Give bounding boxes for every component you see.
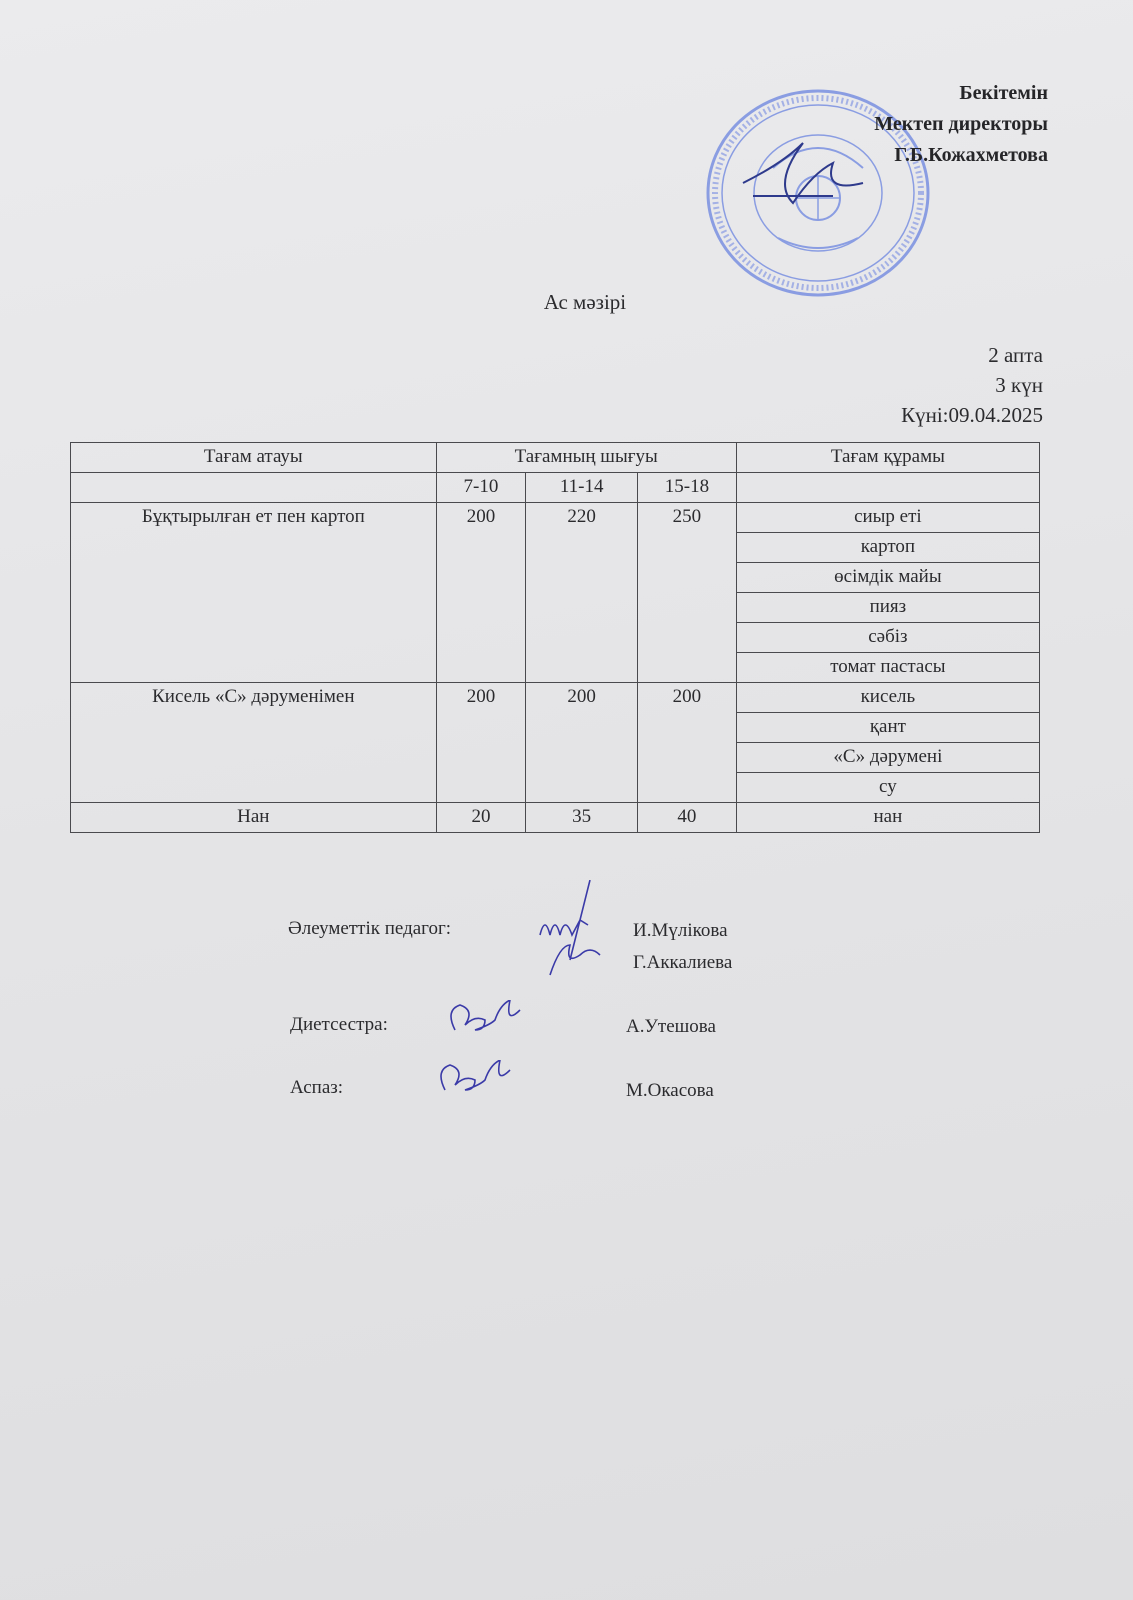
day-label: 3 күн <box>901 370 1043 400</box>
portion-cell: 35 <box>526 803 638 833</box>
header-composition: Тағам құрамы <box>736 443 1039 473</box>
subheader-empty <box>71 473 437 503</box>
signatory-name: М.Окасова <box>626 1080 714 1102</box>
ingredient-cell: өсімдік майы <box>736 563 1039 593</box>
dish-name-cell: Бұқтырылған ет пен картоп <box>71 503 437 683</box>
signatory-name: И.Мүлікова <box>633 920 728 942</box>
subheader-empty <box>736 473 1039 503</box>
header-dish-name: Тағам атауы <box>71 443 437 473</box>
ingredient-cell: қант <box>736 713 1039 743</box>
ingredient-cell: картоп <box>736 533 1039 563</box>
ingredient-cell: су <box>736 773 1039 803</box>
age-group-header: 15-18 <box>638 473 737 503</box>
ingredient-cell: сиыр еті <box>736 503 1039 533</box>
handwritten-signature-icon <box>440 1000 530 1040</box>
table-subheader-row: 7-10 11-14 15-18 <box>71 473 1040 503</box>
signatory-name: А.Утешова <box>626 1016 716 1038</box>
dish-name-cell: Нан <box>71 803 437 833</box>
ingredient-cell: томат пастасы <box>736 653 1039 683</box>
age-group-header: 7-10 <box>436 473 526 503</box>
handwritten-signature-icon <box>430 1060 520 1105</box>
approval-block: Бекітемін Мектеп директоры Г.Б.Кожахмето… <box>874 78 1048 171</box>
page-title: Ас мәзірі <box>0 290 1133 315</box>
header-output: Тағамның шығуы <box>436 443 736 473</box>
portion-cell: 220 <box>526 503 638 683</box>
approval-label: Бекітемін <box>874 78 1048 109</box>
dish-name-cell: Кисель «С» дәруменімен <box>71 683 437 803</box>
portion-cell: 40 <box>638 803 737 833</box>
table-header-row: Тағам атауы Тағамның шығуы Тағам құрамы <box>71 443 1040 473</box>
portion-cell: 200 <box>436 683 526 803</box>
table-row: Кисель «С» дәруменімен200200200кисель <box>71 683 1040 713</box>
signatory-role: Диетсестра: <box>290 1014 388 1036</box>
ingredient-cell: сәбіз <box>736 623 1039 653</box>
approver-name: Г.Б.Кожахметова <box>874 140 1048 171</box>
signatory-role: Әлеуметтік педагог: <box>288 918 451 940</box>
week-label: 2 апта <box>901 340 1043 370</box>
handwritten-signature-icon <box>530 880 620 980</box>
date-label: Күні:09.04.2025 <box>901 400 1043 430</box>
ingredient-cell: «С» дәрумені <box>736 743 1039 773</box>
signatory-name: Г.Аккалиева <box>633 952 732 974</box>
portion-cell: 200 <box>436 503 526 683</box>
portion-cell: 250 <box>638 503 737 683</box>
approver-position: Мектеп директоры <box>874 109 1048 140</box>
ingredient-cell: кисель <box>736 683 1039 713</box>
portion-cell: 20 <box>436 803 526 833</box>
table-row: Бұқтырылған ет пен картоп200220250сиыр е… <box>71 503 1040 533</box>
portion-cell: 200 <box>526 683 638 803</box>
portion-cell: 200 <box>638 683 737 803</box>
age-group-header: 11-14 <box>526 473 638 503</box>
ingredient-cell: нан <box>736 803 1039 833</box>
menu-table: Тағам атауы Тағамның шығуы Тағам құрамы … <box>70 442 1040 833</box>
ingredient-cell: пияз <box>736 593 1039 623</box>
table-row: Нан203540нан <box>71 803 1040 833</box>
document-meta: 2 апта 3 күн Күні:09.04.2025 <box>901 340 1043 430</box>
signatory-role: Аспаз: <box>290 1077 343 1099</box>
